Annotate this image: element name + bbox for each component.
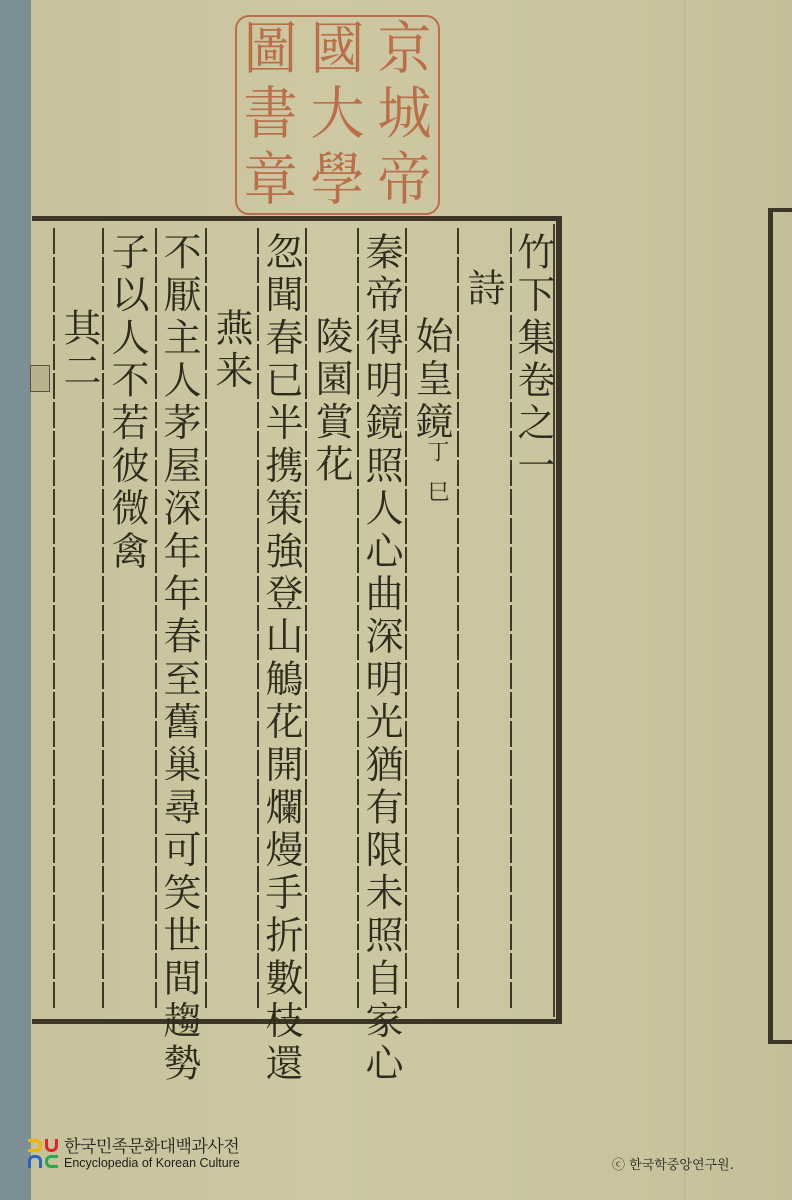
logo-icon xyxy=(28,1139,60,1169)
poem-line: 子以人不若彼微禽 xyxy=(108,232,146,574)
poem-title: 其二 xyxy=(60,308,98,393)
logo-english-text: Encyclopedia of Korean Culture xyxy=(64,1156,240,1170)
copyright-icon: ⓒ xyxy=(612,1158,625,1173)
copyright-text: 한국학중앙연구원. xyxy=(629,1158,734,1173)
column-rule xyxy=(457,228,459,1008)
poem-title: 始皇鏡 xyxy=(412,316,450,444)
column-rule xyxy=(102,228,104,1008)
seal-char: 國 xyxy=(304,15,371,84)
seal-char: 城 xyxy=(371,81,438,150)
seal-char: 學 xyxy=(304,146,371,215)
seal-char: 圖 xyxy=(237,15,304,84)
margin-mark xyxy=(30,365,50,392)
background-strip xyxy=(0,0,31,1200)
column-rule xyxy=(305,228,307,1008)
column-rule xyxy=(405,228,407,1008)
seal-char: 京 xyxy=(371,15,438,84)
seal-char: 大 xyxy=(304,81,371,150)
column-rule xyxy=(205,228,207,1008)
poem-title: 陵園賞花 xyxy=(312,316,350,487)
seal-char: 書 xyxy=(237,81,304,150)
copyright-notice: ⓒ 한국학중앙연구원. xyxy=(612,1154,734,1173)
seal-char: 帝 xyxy=(371,146,438,215)
library-seal: 京 城 帝 國 大 學 圖 書 章 xyxy=(235,15,440,215)
column-rule xyxy=(53,228,55,1008)
volume-title: 竹下集卷之一 xyxy=(514,232,552,488)
adjacent-page-frame xyxy=(768,208,792,1044)
seal-char: 章 xyxy=(237,146,304,215)
poem-date-note: 丁巳 xyxy=(425,440,447,520)
poem-line: 秦帝得明鏡照人心曲深明光猶有限未照自家心 xyxy=(362,232,400,1086)
poem-title: 燕来 xyxy=(212,308,250,393)
page-fold xyxy=(684,0,687,1200)
section-heading: 詩 xyxy=(464,268,502,311)
logo-korean-text: 한국민족문화대백과사전 xyxy=(64,1138,240,1156)
encyclopedia-logo: 한국민족문화대백과사전 Encyclopedia of Korean Cultu… xyxy=(28,1138,240,1170)
scanned-book-page: 京 城 帝 國 大 學 圖 書 章 竹下集卷之一 詩 始皇鏡 丁巳 秦帝得明鏡照… xyxy=(0,0,792,1200)
poem-line: 忽聞春已半携策強登山鵤花開爛熳手折數枝還 xyxy=(262,232,300,1086)
poem-line: 不厭主人茅屋深年年春至舊巢尋可笑世間趨勢 xyxy=(160,232,198,1086)
